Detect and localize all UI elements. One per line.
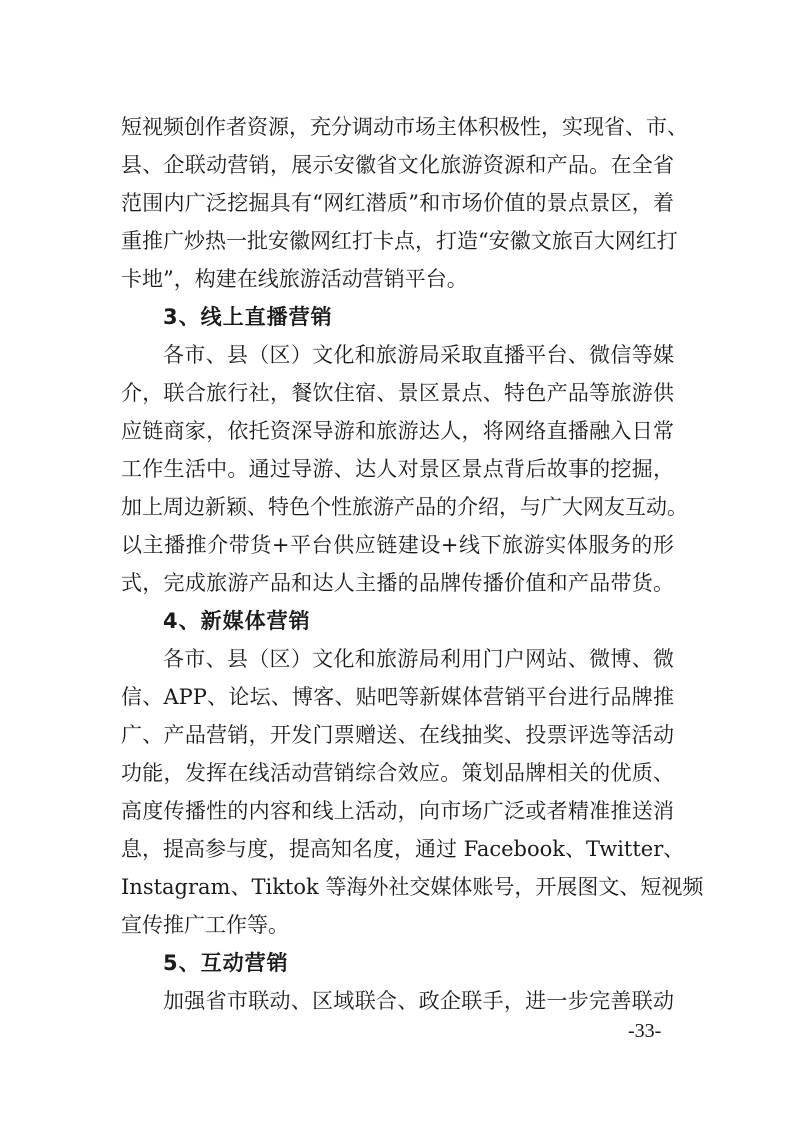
section-heading-new-media: 4、新媒体营销: [121, 602, 674, 640]
text-line: 各市、县（区）文化和旅游局采取直播平台、微信等媒: [121, 336, 674, 374]
text-line: 应链商家，依托资深导游和旅游达人，将网络直播融入日常: [121, 412, 674, 450]
text-line: 介，联合旅行社，餐饮住宿、景区景点、特色产品等旅游供: [121, 374, 674, 412]
section-heading-live-streaming: 3、线上直播营销: [121, 298, 674, 336]
paragraph-continued: 短视频创作者资源，充分调动市场主体积极性，实现省、市、 县、企联动营销，展示安徽…: [121, 108, 674, 298]
text-line: 功能，发挥在线活动营销综合效应。策划品牌相关的优质、: [121, 754, 674, 792]
text-line: 县、企联动营销，展示安徽省文化旅游资源和产品。在全省: [121, 146, 674, 184]
page-number: -33-: [628, 1020, 661, 1043]
document-body: 短视频创作者资源，充分调动市场主体积极性，实现省、市、 县、企联动营销，展示安徽…: [121, 108, 674, 1020]
text-line: 加上周边新颖、特色个性旅游产品的介绍，与广大网友互动。: [121, 488, 674, 526]
text-line: 范围内广泛挖掘具有“网红潜质”和市场价值的景点景区，着: [121, 184, 674, 222]
text-line: 卡地”，构建在线旅游活动营销平台。: [121, 260, 674, 298]
paragraph-interactive: 加强省市联动、区域联合、政企联手，进一步完善联动: [121, 982, 674, 1020]
text-line: 广、产品营销，开发门票赠送、在线抽奖、投票评选等活动: [121, 716, 674, 754]
text-line: 重推广炒热一批安徽网红打卡点，打造“安徽文旅百大网红打: [121, 222, 674, 260]
text-line: 信、APP、论坛、博客、贴吧等新媒体营销平台进行品牌推: [121, 678, 674, 716]
text-line: 各市、县（区）文化和旅游局利用门户网站、微博、微: [121, 640, 674, 678]
text-line: Instagram、Tiktok 等海外社交媒体账号，开展图文、短视频: [121, 868, 674, 906]
text-line: 加强省市联动、区域联合、政企联手，进一步完善联动: [121, 982, 674, 1020]
text-line: 宣传推广工作等。: [121, 906, 674, 944]
text-line: 工作生活中。通过导游、达人对景区景点背后故事的挖掘，: [121, 450, 674, 488]
text-line: 短视频创作者资源，充分调动市场主体积极性，实现省、市、: [121, 108, 674, 146]
text-line: 式，完成旅游产品和达人主播的品牌传播价值和产品带货。: [121, 564, 674, 602]
paragraph-live-streaming: 各市、县（区）文化和旅游局采取直播平台、微信等媒 介，联合旅行社，餐饮住宿、景区…: [121, 336, 674, 602]
text-line: 高度传播性的内容和线上活动，向市场广泛或者精准推送消: [121, 792, 674, 830]
text-line: 息，提高参与度，提高知名度，通过 Facebook、Twitter、: [121, 830, 674, 868]
paragraph-new-media: 各市、县（区）文化和旅游局利用门户网站、微博、微 信、APP、论坛、博客、贴吧等…: [121, 640, 674, 944]
text-line: 以主播推介带货+平台供应链建设+线下旅游实体服务的形: [121, 526, 674, 564]
section-heading-interactive: 5、互动营销: [121, 944, 674, 982]
